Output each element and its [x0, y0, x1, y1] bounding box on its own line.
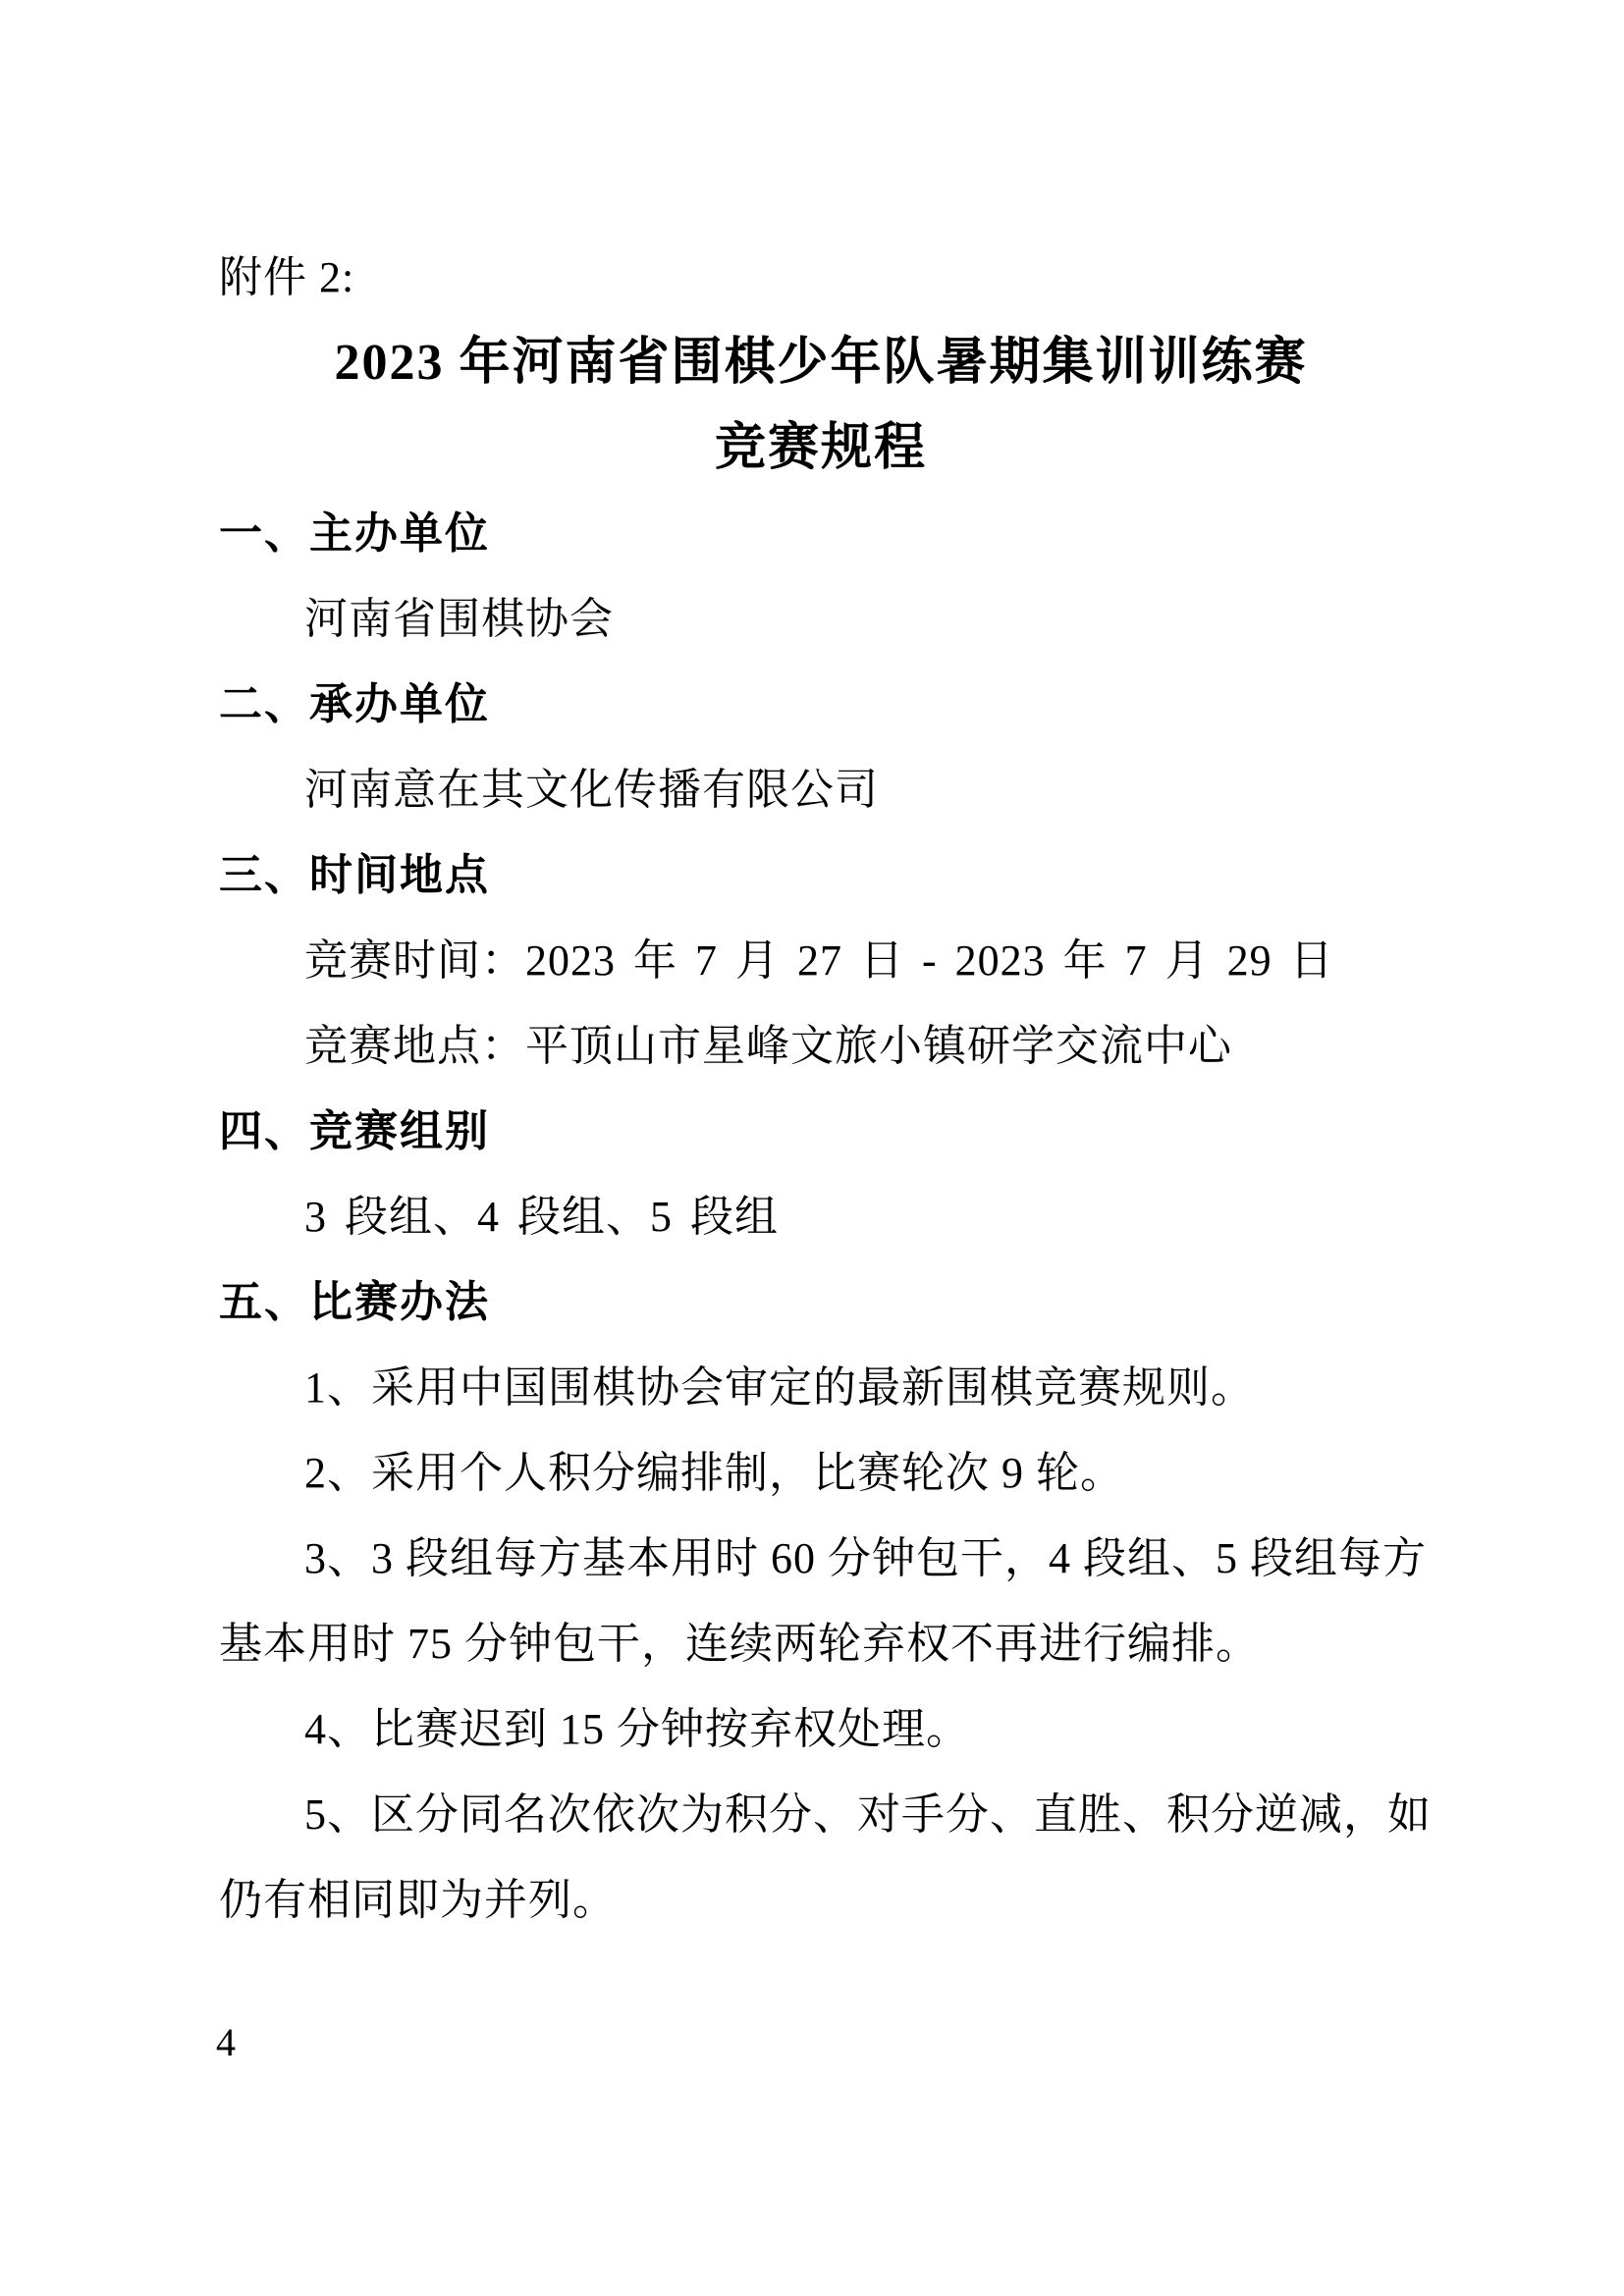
doc-title-line-2: 竞赛规程 [0, 405, 1624, 491]
section-heading-rules: 五、比赛办法 [0, 1259, 1624, 1345]
undertaker-name: 河南意在其文化传播有限公司 [0, 747, 1624, 832]
section-heading-undertaker: 二、承办单位 [0, 662, 1624, 747]
rule-item-1: 1、采用中国围棋协会审定的最新围棋竞赛规则。 [0, 1345, 1624, 1430]
rule-item-5-line-1: 5、区分同名次依次为积分、对手分、直胜、积分逆减，如 [0, 1772, 1624, 1857]
competition-place: 竞赛地点：平顶山市星峰文旅小镇研学交流中心 [0, 1003, 1624, 1089]
section-heading-organizer: 一、主办单位 [0, 491, 1624, 576]
section-heading-groups: 四、竞赛组别 [0, 1089, 1624, 1174]
rule-item-5-line-2: 仍有相同即为并列。 [0, 1857, 1624, 1943]
page-number: 4 [216, 2015, 236, 2070]
doc-title-line-1: 2023 年河南省围棋少年队暑期集训训练赛 [0, 320, 1624, 405]
rule-item-3-line-2: 基本用时 75 分钟包干，连续两轮弃权不再进行编排。 [0, 1601, 1624, 1686]
competition-time: 竞赛时间：2023 年 7 月 27 日 - 2023 年 7 月 29 日 [0, 918, 1624, 1003]
rule-item-2: 2、采用个人积分编排制，比赛轮次 9 轮。 [0, 1430, 1624, 1516]
organizer-name: 河南省围棋协会 [0, 576, 1624, 662]
rule-item-4: 4、比赛迟到 15 分钟按弃权处理。 [0, 1686, 1624, 1772]
group-list: 3 段组、4 段组、5 段组 [0, 1174, 1624, 1259]
rule-item-3-line-1: 3、3 段组每方基本用时 60 分钟包干，4 段组、5 段组每方 [0, 1516, 1624, 1601]
document-page: 附件 2: 2023 年河南省围棋少年队暑期集训训练赛 竞赛规程 一、主办单位 … [0, 0, 1624, 2296]
attachment-label: 附件 2: [0, 235, 1624, 320]
section-heading-time-place: 三、时间地点 [0, 832, 1624, 918]
document-body: 附件 2: 2023 年河南省围棋少年队暑期集训训练赛 竞赛规程 一、主办单位 … [0, 235, 1624, 1943]
